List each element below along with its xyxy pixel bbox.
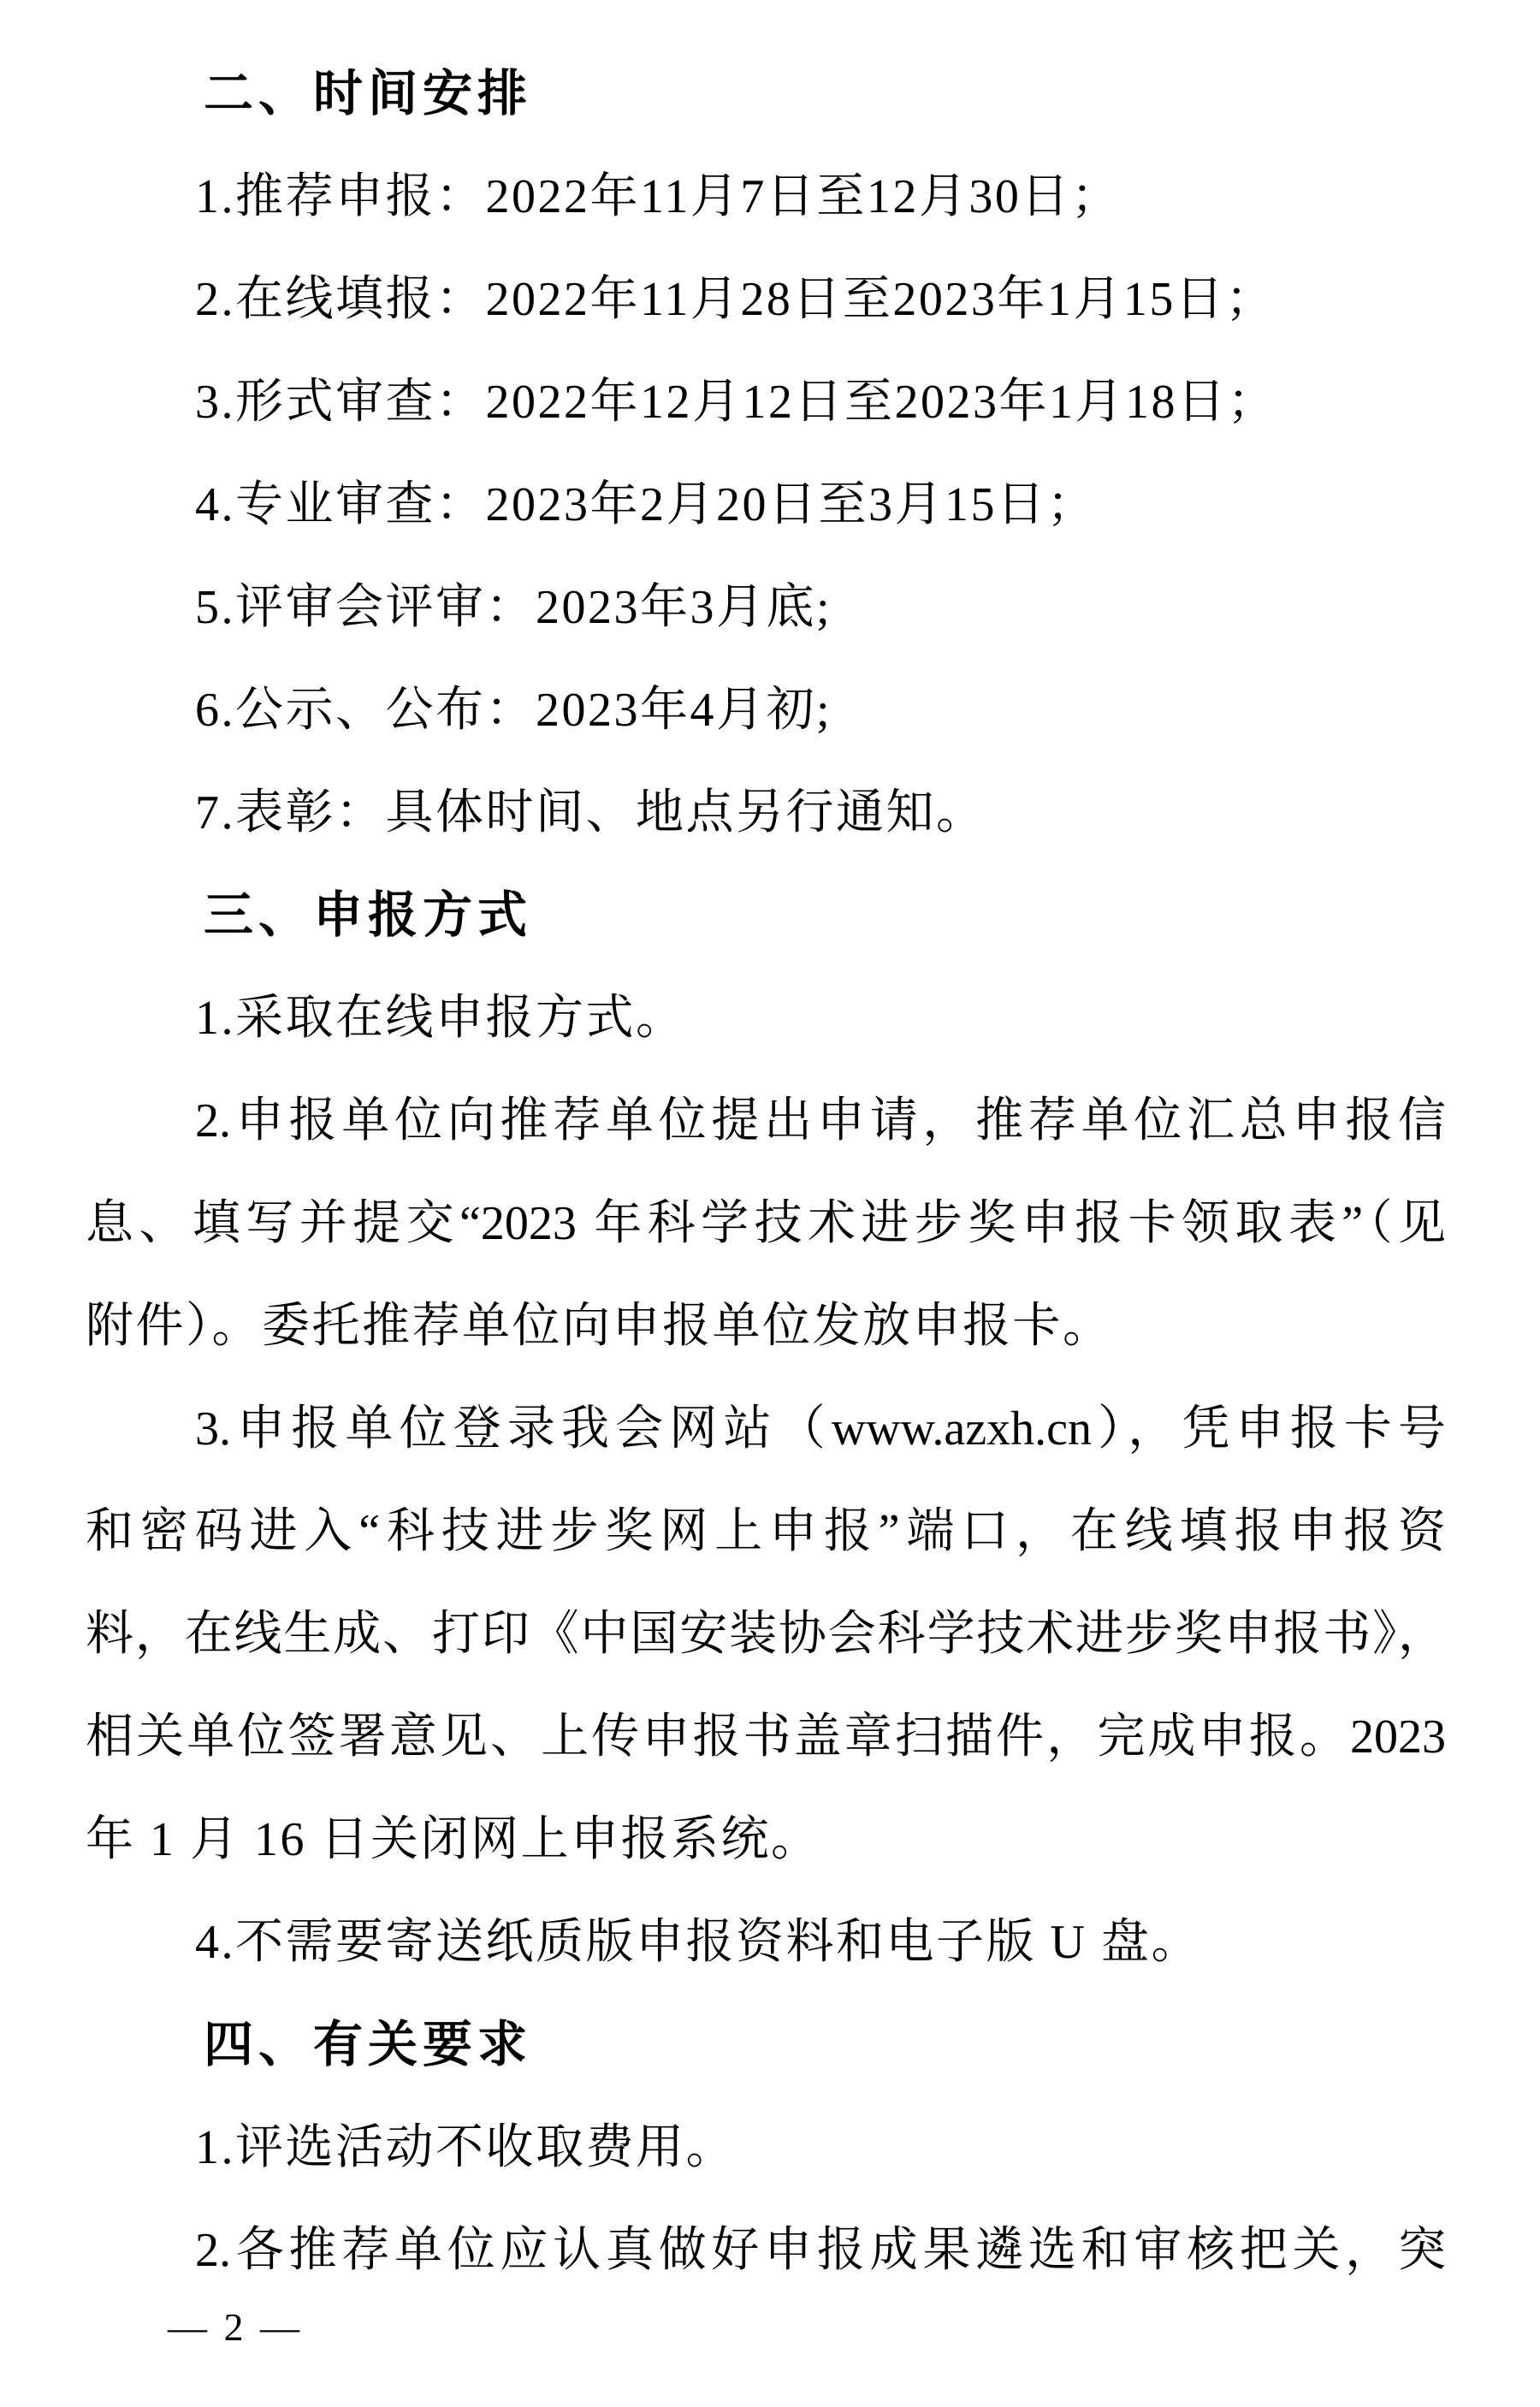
schedule-item-1: 1.推荐申报：2022年11月7日至12月30日； bbox=[86, 145, 1446, 248]
requirement-line-2: 2.各推荐单位应认真做好申报成果遴选和审核把关，突 bbox=[86, 2199, 1446, 2302]
requirement-line-1: 1.评选活动不收取费用。 bbox=[86, 2096, 1446, 2199]
section-heading-application-method: 三、申报方式 bbox=[86, 864, 1446, 967]
schedule-item-4: 4.专业审查：2023年2月20日至3月15日； bbox=[86, 454, 1446, 556]
method-line-8: 相关单位签署意见、上传申报书盖章扫描件，完成申报。2023 bbox=[86, 1686, 1446, 1788]
method-line-6: 和密码进入“科技进步奖网上申报”端口，在线填报申报资 bbox=[86, 1480, 1446, 1583]
document-page: 二、时间安排 1.推荐申报：2022年11月7日至12月30日； 2.在线填报：… bbox=[0, 0, 1540, 2407]
method-line-3: 息、填写并提交“2023 年科学技术进步奖申报卡领取表”（见 bbox=[86, 1172, 1446, 1275]
section-heading-requirements: 四、有关要求 bbox=[86, 1994, 1446, 2096]
method-line-2: 2.申报单位向推荐单位提出申请，推荐单位汇总申报信 bbox=[86, 1070, 1446, 1172]
schedule-item-3: 3.形式审查：2022年12月12日至2023年1月18日； bbox=[86, 351, 1446, 454]
schedule-item-2: 2.在线填报：2022年11月28日至2023年1月15日； bbox=[86, 248, 1446, 351]
page-number: — 2 — bbox=[86, 2302, 1446, 2353]
method-line-4: 附件）。委托推荐单位向申报单位发放申报卡。 bbox=[86, 1275, 1446, 1378]
method-line-7: 料，在线生成、打印《中国安装协会科学技术进步奖申报书》， bbox=[86, 1583, 1446, 1686]
method-line-9: 年 1 月 16 日关闭网上申报系统。 bbox=[86, 1788, 1446, 1891]
method-line-10: 4.不需要寄送纸质版申报资料和电子版 U 盘。 bbox=[86, 1891, 1446, 1994]
method-line-1: 1.采取在线申报方式。 bbox=[86, 967, 1446, 1070]
schedule-item-6: 6.公示、公布：2023年4月初; bbox=[86, 659, 1446, 762]
section-heading-time-schedule: 二、时间安排 bbox=[86, 43, 1446, 145]
method-line-5: 3.申报单位登录我会网站（www.azxh.cn），凭申报卡号 bbox=[86, 1378, 1446, 1480]
schedule-item-5: 5.评审会评审：2023年3月底; bbox=[86, 556, 1446, 659]
schedule-item-7: 7.表彰：具体时间、地点另行通知。 bbox=[86, 762, 1446, 864]
